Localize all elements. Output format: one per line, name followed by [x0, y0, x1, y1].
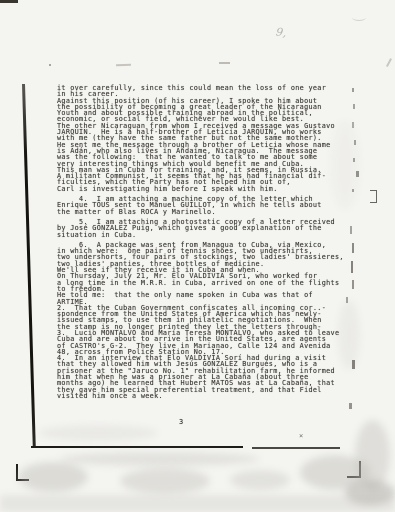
paragraph: 6. A package was sent from Managua to Cu…	[57, 242, 357, 399]
margin-ink-tick	[352, 360, 355, 369]
margin-ink-tick	[352, 243, 354, 253]
document-line: visited him once a week.	[57, 393, 357, 399]
margin-ink-tick	[352, 189, 354, 192]
scan-speck	[116, 64, 131, 66]
left-margin-fold-line	[22, 84, 35, 448]
photocopy-smudge	[18, 462, 88, 492]
bottom-rule-right	[252, 447, 340, 449]
scan-artifact-top-edge	[0, 0, 18, 3]
page-number: 3	[179, 418, 183, 426]
photocopy-smudge	[120, 468, 210, 494]
scanned-page: 9, it over carefully, since this could m…	[0, 0, 395, 512]
margin-ink-tick	[349, 403, 352, 409]
scan-speck	[49, 64, 51, 66]
paragraph: 5. I am attaching a photostatic copy of …	[57, 219, 357, 238]
margin-ink-tick	[356, 171, 359, 177]
margin-ink-tick	[352, 122, 354, 128]
paragraph: 4. I am attaching a machine copy of the …	[57, 196, 357, 215]
document-line: situation in Cuba.	[57, 232, 357, 238]
x-annotation: ×	[299, 432, 303, 440]
margin-ink-tick	[346, 297, 348, 303]
bottom-rule-left	[31, 446, 243, 448]
margin-ink-tick	[353, 158, 355, 162]
margin-bracket-mark	[370, 190, 377, 203]
handwritten-annotation: 9,	[275, 25, 287, 39]
document-line: He told me: that the only name spoken in…	[57, 292, 357, 298]
margin-ink-tick	[354, 140, 356, 145]
margin-ink-tick	[351, 261, 353, 273]
photocopy-smudge	[0, 495, 395, 512]
margin-ink-tick	[350, 226, 352, 234]
margin-ink-tick	[352, 88, 354, 92]
scan-speck	[352, 14, 366, 21]
document-line: the matter of Blas ROCA y Marinello.	[57, 209, 357, 215]
margin-ink-tick	[352, 280, 354, 289]
photocopy-smudge	[38, 425, 158, 441]
document-line: Carl is investigating him before I speak…	[57, 186, 357, 192]
margin-ink-tick	[353, 104, 355, 109]
text-block: it over carefully, since this could mean…	[57, 85, 357, 403]
photocopy-smudge	[60, 452, 260, 466]
scan-speck	[386, 58, 392, 67]
photocopy-smudge	[230, 470, 290, 490]
paragraph: it over carefully, since this could mean…	[57, 85, 357, 192]
scan-speck	[219, 62, 230, 64]
